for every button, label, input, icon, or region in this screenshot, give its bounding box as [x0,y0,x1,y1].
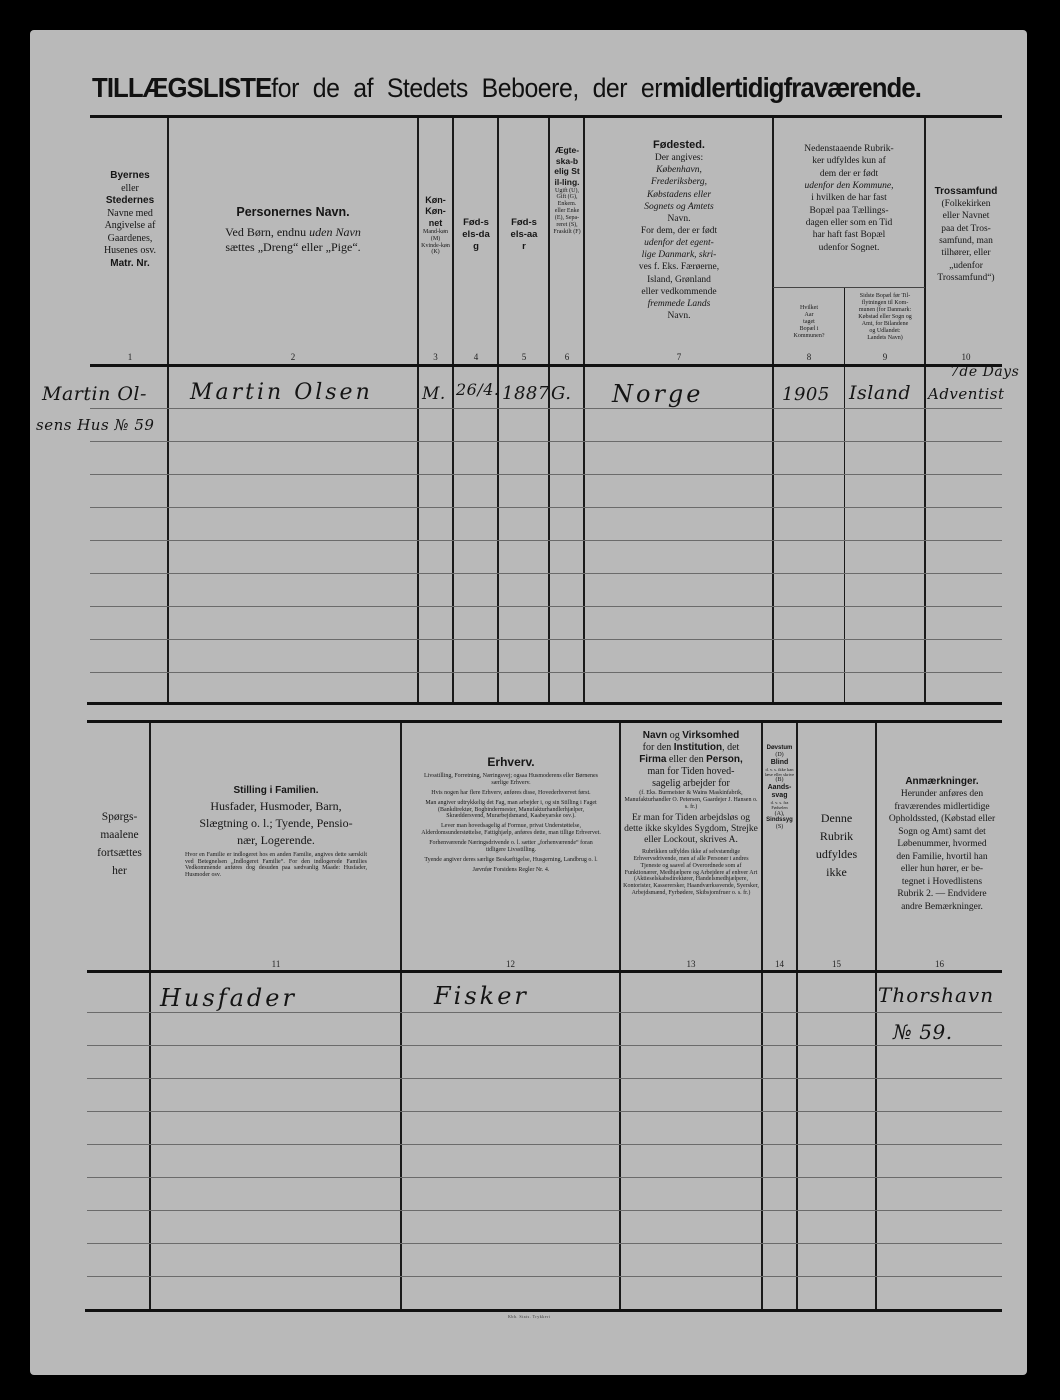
bottom-col-divider [149,723,151,1311]
header-text: Bopæl paa Tællings- [810,205,889,217]
header-text: Matr. Nr. [110,258,149,271]
header-text: i hvilken de har fast [811,192,886,204]
entry-birth-day: 26/4. [456,380,500,399]
row-line [87,1045,1002,1046]
header-group-8-9: Nedenstaaende Rubrik- ker udfyldes kun a… [774,143,924,263]
header-text: Denne [821,809,852,827]
header-text: Aar [805,312,814,319]
column-number: 10 [926,352,1006,362]
top-col-divider [452,118,454,703]
header-text: Tyende angiver deres særlige Beskæftigel… [424,857,597,864]
header-text: eller [121,183,139,196]
header-text: Navn og Virksomhed [643,730,740,742]
header-text: Erhverv. [487,755,534,770]
top-table-bottom-rule [87,702,1002,705]
header-text: Navn [643,730,667,741]
row-line [87,1276,1002,1277]
entry-birthplace: Norge [612,380,704,408]
header-text: (M) [431,236,440,243]
header-col14: Døvstum (D) Blind d. v. s. ikke kan læse… [763,745,796,925]
header-text: Lever man hovedsagelig af Formue, privat… [420,823,602,837]
header-text: Blind [771,759,789,767]
header-text: Frederiksberg, [651,176,707,188]
header-text: andre Bemærkninger. [901,901,983,914]
header-text: Aands- [768,784,792,792]
header-text: uden Navn [309,225,361,239]
header-text: Angivelse af [105,220,156,233]
header-text: Køn-net [419,206,452,229]
header-text: Anmærkninger. [905,775,978,788]
header-text: (A), [775,811,785,818]
header-text: „udenfor [949,260,983,272]
header-text: Sognets og Amtets [644,201,714,213]
row-line [87,1078,1002,1079]
header-text: , det [722,742,739,753]
row-line [90,474,1002,475]
header-text: fremmede Lands [648,298,711,310]
top-col-divider [844,287,845,703]
header-text: fortsættes [97,845,142,863]
header-text: tilhører, eller [941,247,990,259]
header-text: Bopæl i [800,326,819,333]
header-text: Trossamfund [935,185,998,198]
header-text: Person, [706,754,743,765]
header-text: den Familie, hvortil han [896,851,987,864]
header-col9: Sidste Bopæl før Til- flytningen til Kom… [846,290,924,345]
header-text: Navne med [107,208,153,221]
entry-remarks-line1: Thorshavn [878,983,994,1007]
column-number: 16 [877,959,1002,969]
header-text: ves f. Eks. Færøerne, [639,261,719,273]
header-text: Amt, for Bilandene [862,321,909,328]
header-text: Man angiver udtrykkelig det Fag, man arb… [420,800,602,821]
row-line [90,606,1002,607]
header-text: her [112,863,127,881]
header-text: eller [555,208,566,214]
header-text: Fraskilt [553,229,571,235]
row-line [87,1144,1002,1145]
header-text: (F) [573,229,580,235]
header-text: Personernes Navn. [236,205,349,221]
header-text: eller vedkommende [641,286,716,298]
header-text: paa det Tros- [941,223,991,235]
title-rule [90,115,1002,118]
row-line [87,1012,1002,1013]
header-col13: Navn og Virksomhed for den Institution, … [623,730,759,960]
column-number: 8 [774,352,844,362]
header-text: eller Navnet [943,210,990,222]
column-number: 11 [152,959,400,969]
header-col5: Fød-sels-aar [499,210,549,260]
header-text: nær, Logerende. [237,832,315,849]
row-line [90,573,1002,574]
header-text: og Udlandet: [869,328,900,335]
entry-sex: M. [422,384,446,404]
header-text: Navn. [668,310,691,322]
header-text: Ved Børn, endnu uden Navn [225,225,361,240]
header-text: Hvilket [800,305,818,312]
header-text: sættes „Dreng“ eller „Pige“. [225,240,360,255]
header-text: dem der er født [820,168,878,180]
entry-name: Martin Olsen [190,380,373,405]
row-line [90,540,1002,541]
bottom-header-rule [87,970,1002,973]
header-text: Firma [639,754,666,765]
header-text: Enkem. [558,201,577,207]
header-text: sagelig arbejder for [652,778,730,790]
header-col4: Fød-sels-dag [454,210,498,260]
header-text: Landets Navn) [867,335,903,342]
header-text: dagen eller som en Tid [806,217,893,229]
header-text: udfyldes [816,845,857,863]
header-text: Forhenværende Næringsdrivende o. l. sætt… [420,840,602,854]
header-text: For dem, der er født [641,225,717,237]
header-text: udenfor Sognet. [819,242,880,254]
entry-family-position: Husfader [160,984,297,1012]
entry-residence-line2: sens Hus № 59 [36,416,154,434]
row-line [87,1177,1002,1178]
row-line [90,507,1002,508]
printer-mark: Kbh. Stats. Trykkeri [508,1314,550,1319]
row-line [90,441,1002,442]
column-number: 7 [585,352,773,362]
row-line [87,1243,1002,1244]
header-text: Sogn og Amt) samt det [898,826,986,839]
header-text: Island, Grønland [647,274,711,286]
header-text: Købstadens eller [647,189,711,201]
top-header-rule [90,364,1002,367]
header-col2: Personernes Navn. Ved Børn, endnu uden N… [169,200,417,260]
header-text: Firma eller den Person, [639,754,743,766]
entry-faith-line2: Adventist [928,385,1005,403]
header-text: Løbenummer, hvormed [897,838,986,851]
header-text: Virksomhed [682,730,739,741]
header-text: (K) [431,249,439,256]
header-text: Trossamfund“) [937,272,994,284]
entry-remarks-line2: № 59. [893,1020,953,1044]
header-text: fraværendes midlertidige [894,801,989,814]
continuation-note: Spørgs- maalene fortsættes her [90,800,149,890]
header-text: Er man for Tiden arbejdsløs og dette ikk… [623,813,759,847]
header-text: Fød-sels-dag [462,217,490,253]
header-col16: Anmærkninger. Herunder anføres den fravæ… [877,775,1007,915]
entry-year-taken: 1905 [782,384,830,405]
entry-last-residence: Island [849,382,911,404]
header-col10: Trossamfund (Folkekirken eller Navnet pa… [926,185,1006,295]
header-text: (B) [776,777,784,784]
header-text: (Folkekirken [941,198,990,210]
header-text: (G), [568,194,578,200]
form-title: TILLÆGSLISTE for de af Stedets Beboere, … [92,72,1012,112]
header-text: eller hun hører, er be- [901,863,983,876]
column-number: 3 [419,352,452,362]
header-text: Kommunen? [794,333,825,340]
bottom-col-divider [400,723,402,1311]
column-number: 9 [846,352,924,362]
header-text: udenfor det egent- [644,237,714,249]
header-text: (U), [569,188,579,194]
header-text: Ægte-ska-belig Stil-ling. [554,145,580,188]
header-col8: Hvilket Aar taget Bopæl i Kommunen? [774,300,844,345]
header-text: Fød-sels-aar [510,217,538,253]
header-text: Opholdssted, (Købstad eller [889,813,995,826]
header-text: har haft fast Bopæl [813,229,886,241]
row-line [87,1210,1002,1211]
header-text: (E), [555,215,564,221]
header-text: Jævnfør Forsidens Regler Nr. 4. [473,867,550,874]
header-text: taget [803,319,815,326]
row-line [90,408,1002,409]
column-number: 5 [499,352,549,362]
entry-birth-year: 1887 [502,383,550,404]
column-number: 1 [92,352,168,362]
header-col1: Byernes eller Stedernes Navne med Angive… [92,170,168,310]
header-text: (S) [776,824,783,831]
column-number: 6 [550,352,584,362]
header-text: Købstad eller Sogn og [858,314,912,321]
header-text: Husfader, Husmoder, Barn, [210,798,341,815]
header-text: d. v. s. ikke kan læse eller skrive [763,767,796,777]
header-text: Hvis nogen har flere Erhverv, anføres di… [431,790,590,797]
header-text: Hvor en Familie er indlogeret hos en and… [185,852,367,880]
header-text: Rubrik [820,827,853,845]
header-text: Gift [556,194,566,200]
title-midlertidig: midlertidig [662,72,784,104]
bottom-col-divider [619,723,621,1311]
entry-occupation: Fisker [434,982,529,1010]
header-text: samfund, man [939,235,993,247]
entry-faith-line1: 7de Days [950,364,1019,380]
header-text: Navn. [668,213,691,225]
column-number: 14 [763,959,796,969]
header-text: Rubrikken udfyldes ikke af selvstændige … [623,849,759,897]
header-text: Rubrik 2. — Endvidere [897,888,986,901]
header-text: (D) [775,752,783,759]
title-tillaegsliste: TILLÆGSLISTE [92,72,271,104]
header-text: Fødested. [653,138,705,152]
header-col11: Stilling i Familien. Husfader, Husmoder,… [152,785,400,895]
header-text: Husenes osv. [104,245,156,258]
header-text: Enke [567,208,579,214]
header-text: man for Tiden hoved- [648,766,735,778]
header-text: Gaardenes, [108,233,153,246]
header-text: Døvstum [767,745,793,752]
bottom-table-top-rule [87,720,1002,723]
header-text: eller den [666,754,706,765]
group-subdivider [773,287,925,288]
header-col6: Ægte-ska-belig Stil-ling. Ugift (U), Gif… [550,145,584,335]
header-text: Spørgs- [102,809,138,827]
header-text: ker udfyldes kun af [812,155,886,167]
header-text: Livsstilling, Forretning, Næringsvej; og… [420,773,602,787]
header-text: (S), [569,222,578,228]
header-text: maalene [100,827,138,845]
header-col15: Denne Rubrik udfyldes ikke [798,810,875,880]
header-text: Ugift [555,188,568,194]
bottom-table-bottom-rule [85,1309,1002,1312]
header-text: Byernes [110,170,149,183]
row-line [87,1111,1002,1112]
header-col7: Fødested. Der angives: København, Freder… [585,138,773,338]
title-fravaerende: fraværende. [784,72,921,104]
row-line [90,672,1002,673]
header-text: lige Danmark, skri- [642,249,717,261]
column-number: 2 [169,352,417,362]
header-text: munen (for Danmark: [859,307,911,314]
entry-residence-line1: Martin Ol- [42,383,147,405]
header-text: Herunder anføres den [901,788,983,801]
header-text: og [667,730,682,741]
column-number: 4 [454,352,498,362]
header-text: Ved Børn, endnu [225,225,309,239]
header-text: København, [656,164,702,176]
header-text: Ugift (U), Gift (G), Enkem. eller Enke (… [552,188,582,236]
header-text: Mand-køn [423,229,448,236]
row-line [90,639,1002,640]
header-text: Institution [674,742,722,753]
header-text: (f. Eks. Burmeister & Wains Maskinfabrik… [623,790,759,811]
title-middle: for de af Stedets Beboere, der er [271,73,662,104]
column-number: 12 [402,959,619,969]
header-text: for den [643,742,674,753]
header-text: ikke [826,863,847,881]
header-text: svag [772,792,788,800]
header-text: udenfor den Kommune, [805,180,894,192]
column-number: 13 [621,959,761,969]
header-col3: Køn- Køn-net Mand-køn (M) Kvinde-køn (K) [419,195,452,285]
header-col12: Erhverv. Livsstilling, Forretning, Nærin… [420,755,602,955]
header-text: for den Institution, det [643,742,740,754]
header-text: tegnet i Hovedlistens [902,876,982,889]
top-col-divider [497,118,499,703]
header-text: Nedenstaaende Rubrik- [804,143,893,155]
header-text: Stilling i Familien. [233,785,318,798]
header-text: Der angives: [655,152,703,164]
header-text: Slægtning o. l.; Tyende, Pensio- [199,815,352,832]
header-text: Stedernes [106,195,154,208]
header-text: d. v. s. fra Fødselen [763,800,796,810]
column-number: 15 [798,959,875,969]
entry-marital-status: G. [551,383,571,404]
